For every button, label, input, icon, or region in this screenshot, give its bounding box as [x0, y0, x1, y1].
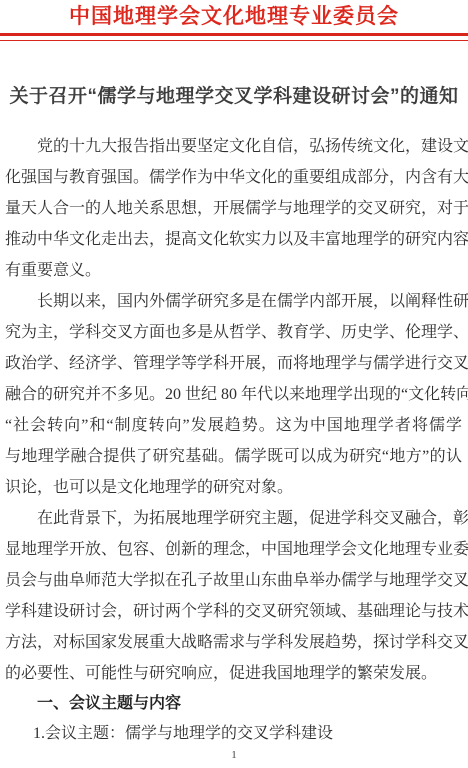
- paragraph-line: 政治学、经济学、管理学等学科开展，而将地理学与儒学进行交叉: [5, 348, 462, 379]
- section-item: 1.会议主题：儒学与地理学的交叉学科建设: [0, 719, 468, 749]
- org-title: 中国地理学会文化地理专业委员会: [0, 0, 468, 30]
- paragraph-line: 与地理学融合提供了研究基础。儒学既可以成为研究“地方”的认: [5, 441, 462, 472]
- paragraph-line: 党的十九大报告指出要坚定文化自信，弘扬传统文化，建设文: [5, 131, 462, 162]
- paragraph-line: 识论，也可以是文化地理学的研究对象。: [5, 472, 462, 503]
- paragraph-line: 显地理学开放、包容、创新的理念，中国地理学会文化地理专业委: [5, 534, 462, 565]
- paragraph-line: “社会转向”和“制度转向”发展趋势。这为中国地理学者将儒学: [5, 410, 462, 441]
- paragraph-line: 究为主，学科交叉方面也多是从哲学、教育学、历史学、伦理学、: [5, 317, 462, 348]
- paragraph-line: 学科建设研讨会，研讨两个学科的交叉研究领域、基础理论与技术: [5, 596, 462, 627]
- double-rule: [0, 33, 468, 41]
- paragraph-line: 化强国与教育强国。儒学作为中华文化的重要组成部分，内含有大: [5, 162, 462, 193]
- paragraph-line: 量天人合一的人地关系思想，开展儒学与地理学的交叉研究，对于: [5, 193, 462, 224]
- paragraph-line: 融合的研究并不多见。20 世纪 80 年代以来地理学出现的“文化转向”: [5, 379, 462, 410]
- page-number: 1: [0, 749, 468, 761]
- document-body: 党的十九大报告指出要坚定文化自信，弘扬传统文化，建设文化强国与教育强国。儒学作为…: [0, 131, 468, 689]
- paragraph-line: 的必要性、可能性与研究响应，促进我国地理学的繁荣发展。: [5, 658, 462, 689]
- document-page: 中国地理学会文化地理专业委员会 关于召开“儒学与地理学交叉学科建设研讨会”的通知…: [0, 0, 468, 768]
- paragraph-line: 有重要意义。: [5, 255, 462, 286]
- paragraph: 党的十九大报告指出要坚定文化自信，弘扬传统文化，建设文化强国与教育强国。儒学作为…: [5, 131, 462, 286]
- paragraph: 在此背景下，为拓展地理学研究主题，促进学科交叉融合，彰显地理学开放、包容、创新的…: [5, 503, 462, 689]
- paragraph-line: 长期以来，国内外儒学研究多是在儒学内部开展，以阐释性研: [5, 286, 462, 317]
- paragraph-line: 方法，对标国家发展重大战略需求与学科发展趋势，探讨学科交叉: [5, 627, 462, 658]
- section-heading: 一、会议主题与内容: [0, 689, 468, 719]
- paragraph-line: 在此背景下，为拓展地理学研究主题，促进学科交叉融合，彰: [5, 503, 462, 534]
- doc-title: 关于召开“儒学与地理学交叉学科建设研讨会”的通知: [6, 84, 462, 110]
- paragraph-line: 员会与曲阜师范大学拟在孔子故里山东曲阜举办儒学与地理学交叉: [5, 565, 462, 596]
- paragraph: 长期以来，国内外儒学研究多是在儒学内部开展，以阐释性研究为主，学科交叉方面也多是…: [5, 286, 462, 503]
- paragraph-line: 推动中华文化走出去，提高文化软实力以及丰富地理学的研究内容: [5, 224, 462, 255]
